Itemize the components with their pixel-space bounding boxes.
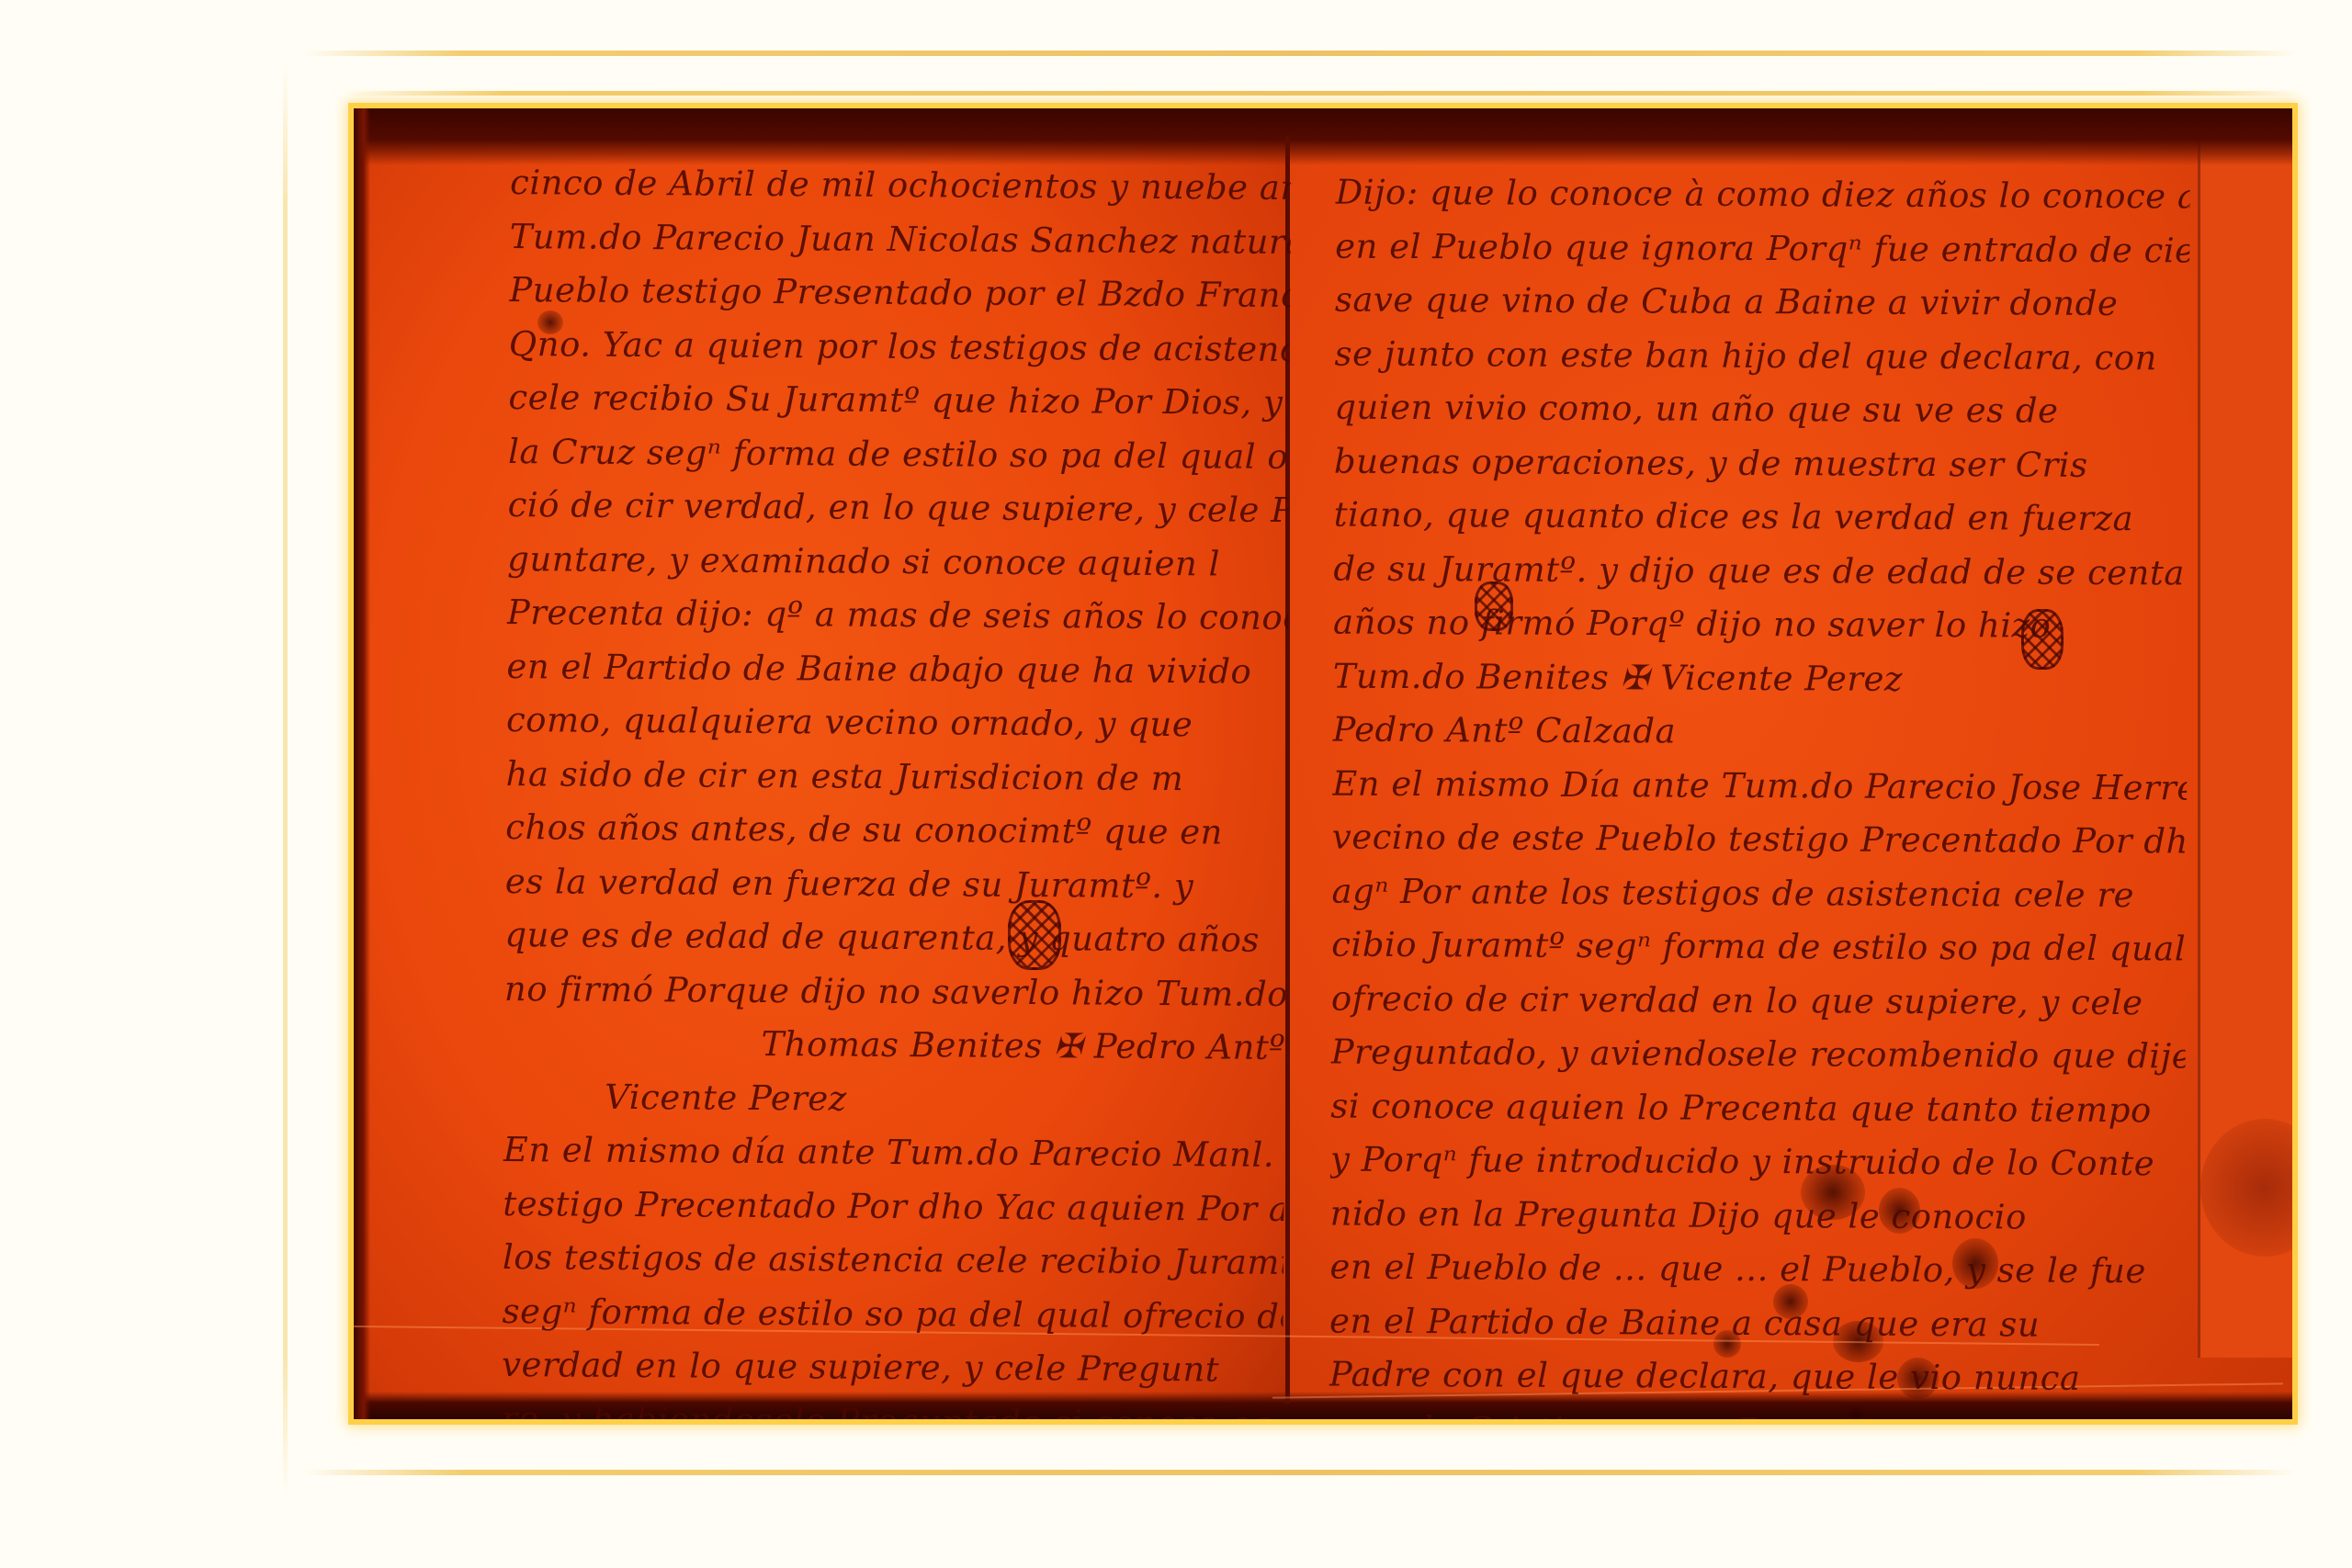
text-line: y Porqⁿ fue introducido y instruido de l… <box>1330 1134 2185 1191</box>
text-line: agⁿ Por ante los testigos de asistencia … <box>1331 864 2186 922</box>
text-line: Dijo: que lo conoce à como diez años lo … <box>1335 166 2189 224</box>
text-line: cinco de Abril de mil ochocientos y nueb… <box>510 156 1291 215</box>
manuscript-document: cinco de Abril de mil ochocientos y nueb… <box>354 108 2292 1419</box>
text-line: en el Partido de Baine abajo que ha vivi… <box>506 640 1287 699</box>
text-line: En el mismo Día ante Tum.do Parecio Jose… <box>1332 757 2187 815</box>
left-shadow-edge <box>354 108 370 1419</box>
text-line: vecino de este Pueblo testigo Precentado… <box>1332 811 2187 869</box>
text-line: re, y habiendosele Preguntado si conoce … <box>502 1393 1283 1419</box>
right-page-text: Dijo: que lo conoce à como diez años lo … <box>1329 166 2189 1419</box>
text-line: En el mismo día ante Tum.do Parecio Manl… <box>503 1123 1284 1182</box>
text-line: de su Juramtº. y dijo que es de edad de … <box>1333 542 2188 600</box>
text-line: es la verdad en fuerza de su Juramtº. y <box>505 855 1286 914</box>
text-line: como, qualquiera vecino ornado, y que <box>506 694 1287 752</box>
text-line: Precenta dijo: qº a mas de seis años lo … <box>507 586 1288 645</box>
text-line: testigo Precentado Por dho Yac aquien Po… <box>503 1178 1283 1236</box>
text-line: Pueblo testigo Presentado por el Bzdo Fr… <box>509 264 1290 322</box>
text-line: en el Pueblo que ignora Porqⁿ fue entrad… <box>1335 220 2189 277</box>
signature-line: Pedro Antº Calzada <box>1332 704 2187 761</box>
left-page-text: cinco de Abril de mil ochocientos y nueb… <box>501 156 1292 1419</box>
text-line: los testigos de asistencia cele recibio … <box>503 1231 1283 1290</box>
signature-line: Vicente Perez <box>503 1070 1284 1129</box>
text-line: quien vivio como, un año que su ve es de <box>1334 381 2188 439</box>
text-line: ha sido de cir en esta Jurisdicion de m <box>505 748 1286 807</box>
text-line: guntare, y examinado si conoce aquien l <box>507 533 1288 592</box>
outer-frame-top-line <box>303 51 2297 56</box>
text-line: verdad en lo que supiere, y cele Pregunt <box>502 1338 1283 1397</box>
outer-frame-bottom-line <box>303 1470 2297 1475</box>
text-line: cibio Juramtº segⁿ forma de estilo so pa… <box>1331 919 2186 976</box>
text-line: Qno. Yac a quien por los testigos de aci… <box>509 318 1290 377</box>
text-line: nido en la Pregunta Dijo que le conocio <box>1330 1187 2185 1245</box>
text-line: tiano, que quanto dice es la verdad en f… <box>1334 489 2188 547</box>
text-line: años no firmó Porqº dijo no saver lo hiz… <box>1333 596 2188 654</box>
signature-line: Thomas Benites ✠ Pedro Antº C <box>503 1016 1284 1075</box>
text-line: en el Partido de Baine a casa que era su <box>1329 1294 2184 1352</box>
text-line: si conoce aquien lo Precenta que tanto t… <box>1330 1079 2185 1137</box>
text-line: Padre con el que declara, que le vio nun… <box>1329 1348 2184 1406</box>
text-line: buenas operaciones, y de muestra ser Cri… <box>1334 434 2188 492</box>
text-line: segⁿ forma de estilo so pa del qual ofre… <box>502 1285 1283 1344</box>
text-line: la Cruz segⁿ forma de estilo so pa del q… <box>508 425 1289 484</box>
signature-line: Tum.do Benites ✠ Vicente Perez <box>1333 649 2188 707</box>
text-line: que es de edad de quarenta, y quatro año… <box>504 908 1285 967</box>
inner-frame-top-line <box>349 91 2297 96</box>
text-line: cele recibio Su Juramtº que hizo Por Dio… <box>508 371 1289 430</box>
text-line: ofrecio de cir verdad en lo que supiere,… <box>1331 972 2186 1030</box>
text-line: chos años antes, de su conocimtº que en <box>505 801 1286 860</box>
text-line: ció de cir verdad, en lo que supiere, y … <box>507 479 1288 537</box>
text-line: Tum.do Parecio Juan Nicolas Sanchez natu… <box>510 210 1291 269</box>
text-line: no firmó Porque dijo no saverlo hizo Tum… <box>504 963 1285 1021</box>
text-line: save que vino de Cuba a Baine a vivir do… <box>1335 274 2189 332</box>
text-line: en el Pueblo de ... que ... el Pueblo, y… <box>1329 1241 2184 1299</box>
text-line: se junto con este ban hijo del que decla… <box>1334 327 2188 385</box>
text-line: Preguntado, y aviendosele recombenido qu… <box>1330 1026 2185 1084</box>
outer-frame-left-line <box>283 64 288 1497</box>
